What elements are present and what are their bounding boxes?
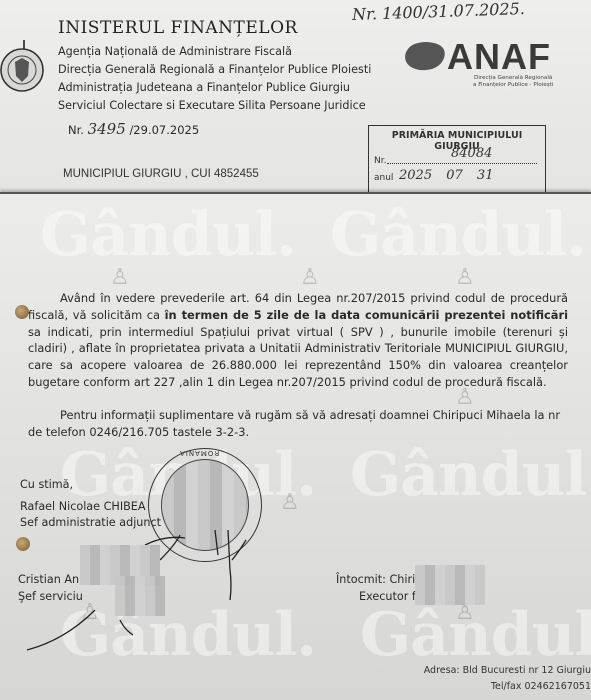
document-number: Nr. 3495 /29.07.2025: [68, 120, 199, 138]
deadline-emphasis: în termen de 5 zile de la data comunicăr…: [165, 308, 568, 322]
anaf-logo-subtitle: Direcția Generală Regională a Finanțelor…: [473, 75, 553, 89]
signer2-name: Cristian An: [18, 573, 79, 586]
stamp-dotted-line: [387, 163, 537, 164]
nr-label: Nr.: [68, 123, 84, 137]
stamp-year-label: anul: [374, 173, 393, 183]
watermark-logo-icon: ♙: [110, 265, 130, 290]
signature-scribble: [25, 610, 135, 660]
closing: Cu stimă,: [20, 478, 73, 491]
watermark-text: Gândul.: [40, 200, 296, 270]
contact-paragraph: Pentru informații suplimentare vă rugăm …: [28, 407, 568, 441]
punch-hole: [16, 537, 30, 551]
notification-paragraph: Având în vedere prevederile art. 64 din …: [28, 290, 568, 391]
romania-coat-of-arms-icon: [0, 40, 46, 94]
romania-map-icon: [403, 39, 447, 72]
footer-telfax: Tel/fax 02462167051: [491, 681, 591, 692]
anaf-logo: ANAF Direcția Generală Regională a Finan…: [405, 36, 580, 92]
anaf-logo-text: ANAF: [447, 36, 551, 78]
signer1-title: Sef administratie adjunct c: [20, 516, 171, 529]
footer-address: Adresa: Bld Bucuresti nr 12 Giurgiu: [424, 665, 591, 676]
watermark-logo-icon: ♙: [280, 490, 300, 515]
redacted-block: [415, 565, 485, 605]
watermark-text: Gândul.: [360, 600, 591, 670]
watermark-logo-icon: ♙: [455, 265, 475, 290]
recipient: MUNICIPIUL GIURGIU , CUI 4852455: [63, 168, 259, 180]
prepared-by-title: Executor f: [359, 590, 416, 603]
signer2-title: Şef serviciu: [18, 590, 83, 603]
ministry-title: INISTERUL FINANȚELOR: [58, 18, 298, 38]
seal-text: ROMANIA: [179, 449, 219, 457]
registration-stamp: PRIMĂRIA MUNICIPIULUI GIURGIU 84084 Nr. …: [368, 125, 546, 192]
header-administration: Administrația Judeteana a Finanțelor Pub…: [58, 81, 350, 94]
stamp-number-handwritten: 84084: [451, 146, 492, 161]
watermark-text: Gândul.: [330, 200, 586, 270]
prepared-by: Întocmit: Chiri: [336, 573, 415, 586]
watermark-text: Gândul.: [350, 440, 591, 510]
header-directorate: Direcția Generală Regională a Finanțelor…: [58, 63, 371, 76]
nr-handwritten: 3495: [88, 120, 126, 138]
punch-hole: [15, 305, 29, 319]
watermark-logo-icon: ♙: [300, 265, 320, 290]
stamp-date-handwritten: 2025 07 31: [399, 168, 493, 183]
signer1-name: Rafael Nicolae CHIBEA: [20, 500, 146, 513]
nr-date: /29.07.2025: [129, 123, 199, 137]
header-service: Serviciul Colectare si Executare Silita …: [58, 99, 366, 112]
stamp-nr-label: Nr.: [374, 156, 386, 166]
header-agency: Agenția Națională de Administrare Fiscal…: [58, 45, 292, 58]
